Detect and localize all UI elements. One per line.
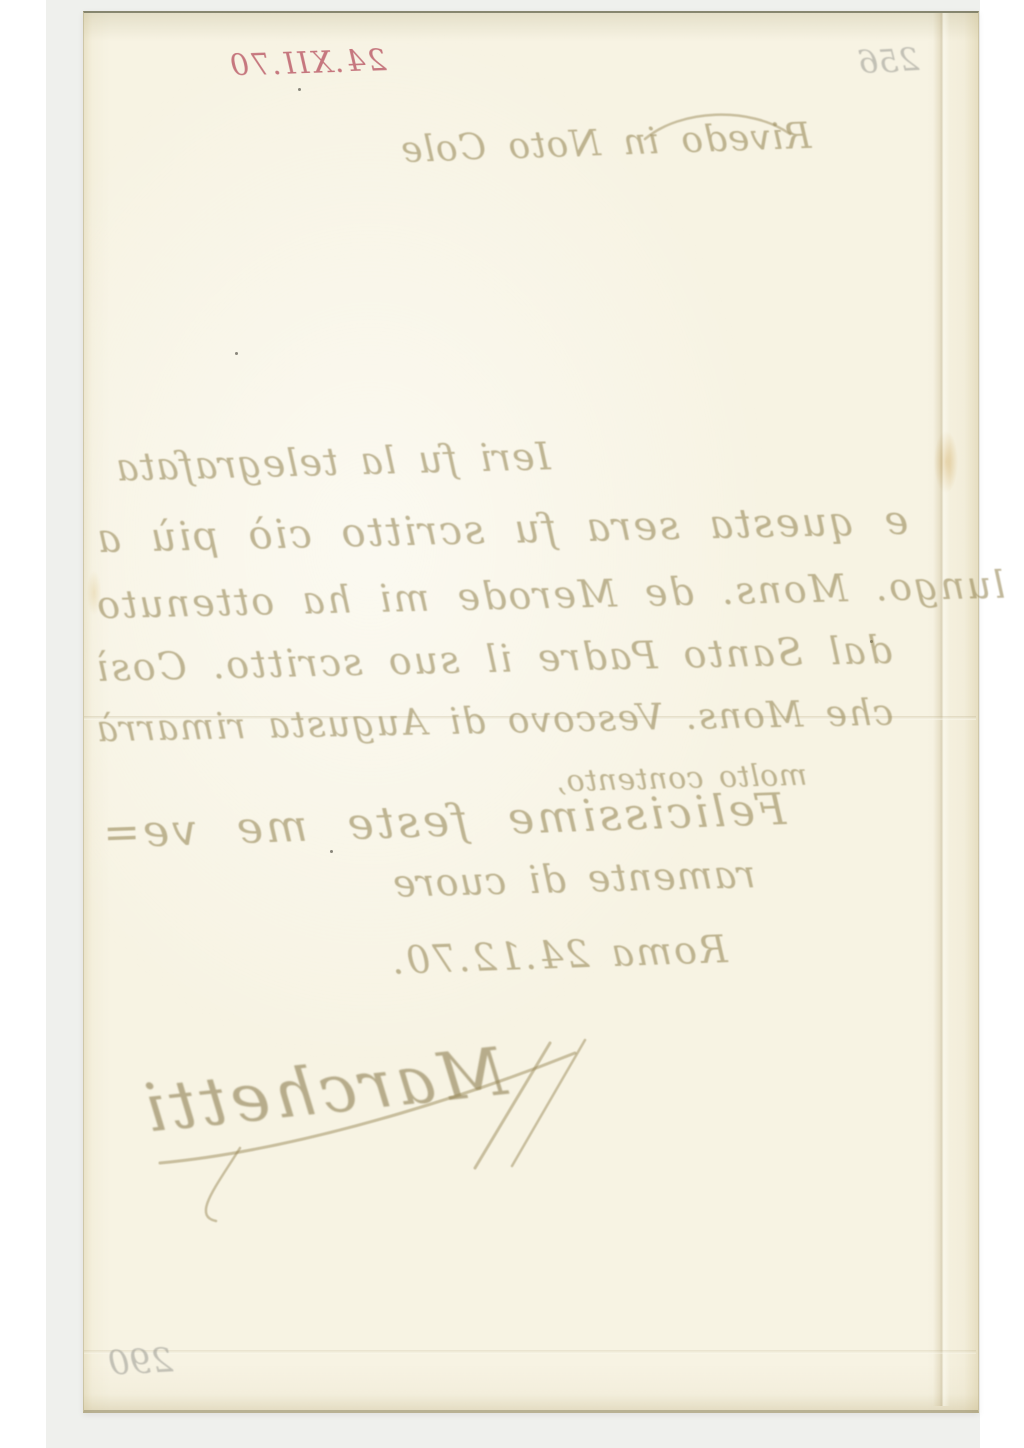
vertical-fold-line [933, 13, 950, 1406]
showthrough-body-line: Ieri fu la telegrafata [115, 437, 551, 486]
folio-number-bottom-left: 290 [107, 1340, 174, 1383]
ink-speck [235, 352, 238, 355]
ink-speck [298, 88, 301, 91]
horizontal-crease-lower [84, 1350, 976, 1354]
showthrough-date-line: Roma 24.12.70. [389, 930, 728, 980]
scanned-letter-page: 24.XII.70 256 290 Rivedo in Noto Cole Ie… [0, 0, 1024, 1448]
showthrough-closing-line: ramente di cuore [392, 855, 756, 903]
archival-red-date-annotation: 24.XII.70 [227, 43, 387, 84]
folio-number-top-right: 256 [857, 40, 920, 81]
